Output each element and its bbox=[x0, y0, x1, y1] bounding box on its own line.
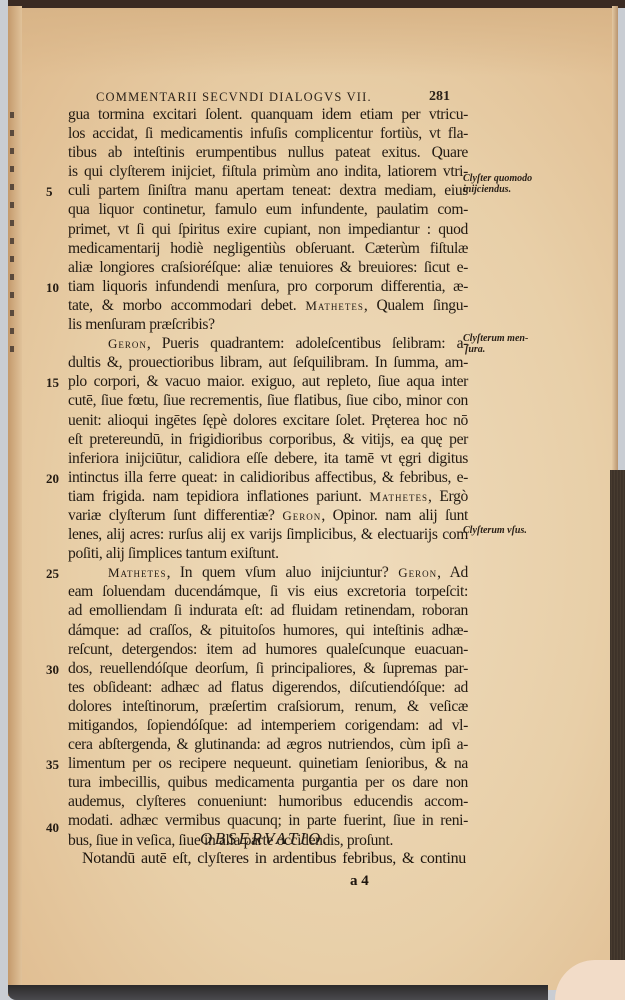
text-line: cera abſtergenda, & glutinanda: ad ægros… bbox=[68, 735, 468, 754]
text-line: 25Mathetes, In quem vſum aluo inijciuntu… bbox=[68, 563, 468, 582]
page-fore-edge bbox=[612, 6, 618, 476]
line-text: variæ clyſterum ſunt differentiæ? Geron,… bbox=[68, 506, 468, 525]
binding-stitch bbox=[10, 166, 14, 172]
line-text: poſiti, alij ſimplices tantum exiſtunt. bbox=[68, 544, 468, 563]
body-text: gua tormina excitari ſolent. quanquam id… bbox=[68, 105, 468, 850]
binding-stitch bbox=[10, 220, 14, 226]
text-line: lenes, alij acres: rurſus alij ex varijs… bbox=[68, 525, 468, 544]
text-line: inferiora inijciūtur, calidiora eſſe deb… bbox=[68, 449, 468, 468]
text-line: variæ clyſterum ſunt differentiæ? Geron,… bbox=[68, 506, 468, 525]
text-line: dolores inteſtinorum, præſertim craſsior… bbox=[68, 697, 468, 716]
text-line: 35limentum per os recipere nequeunt. qui… bbox=[68, 754, 468, 773]
line-text: cutē, ſiue fœtu, ſiue recrementis, ſiue … bbox=[68, 391, 468, 410]
text-line: dultis &, prouectioribus libram, aut ſeſ… bbox=[68, 353, 468, 372]
page-stack-edge bbox=[610, 470, 625, 970]
line-text: mitigandos, ſopiendóſque: ad intemperiem… bbox=[68, 716, 468, 735]
text-line: 10tiam liquoris infundendi menſura, pro … bbox=[68, 277, 468, 296]
text-line: lis menſuram præſcribis? bbox=[68, 315, 468, 334]
text-line: qua liquor continetur, famulo eum infund… bbox=[68, 200, 468, 219]
text-line: aliæ longiores craſsioréſque: aliæ tenui… bbox=[68, 258, 468, 277]
text-line: 5culi partem ſiniſtra manu apertam tenea… bbox=[68, 181, 468, 200]
line-number: 5 bbox=[46, 182, 53, 201]
line-number: 30 bbox=[46, 660, 59, 679]
line-text: is qui clyſterem inijciet, fiſtula primù… bbox=[68, 162, 468, 181]
line-text: eam ſoluendam ducendámque, ſi vis eius e… bbox=[68, 582, 468, 601]
binding-stitch bbox=[10, 112, 14, 118]
binding-stitch bbox=[10, 130, 14, 136]
text-line: eam ſoluendam ducendámque, ſi vis eius e… bbox=[68, 582, 468, 601]
page-stain bbox=[8, 6, 612, 76]
binding-stitch bbox=[10, 310, 14, 316]
line-text: gua tormina excitari ſolent. quanquam id… bbox=[68, 105, 468, 124]
line-text: Geron, Pueris quadrantem: adoleſcentibus… bbox=[68, 334, 468, 353]
text-line: tibus ab inteſtinis erumpentibus nullus … bbox=[68, 143, 468, 162]
text-line: eſt pretereundū, in frigidioribus corpor… bbox=[68, 430, 468, 449]
text-line: gua tormina excitari ſolent. quanquam id… bbox=[68, 105, 468, 124]
text-line: is qui clyſterem inijciet, fiſtula primù… bbox=[68, 162, 468, 181]
margin-note: Clyſter quomodo inijciendus. bbox=[463, 173, 532, 195]
line-text: dolores inteſtinorum, præſertim craſsior… bbox=[68, 697, 468, 716]
text-line: poſiti, alij ſimplices tantum exiſtunt. bbox=[68, 544, 468, 563]
text-line: dámque: ad craſſos, & pituitoſos humores… bbox=[68, 621, 468, 640]
line-text: lis menſuram præſcribis? bbox=[68, 315, 468, 334]
line-text: modati. adhæc vermibus quacunq; in parte… bbox=[68, 811, 468, 830]
line-text: cera abſtergenda, & glutinanda: ad ægros… bbox=[68, 735, 468, 754]
line-text: tibus ab inteſtinis erumpentibus nullus … bbox=[68, 143, 468, 162]
margin-note-line: inijciendus. bbox=[463, 184, 532, 195]
running-title: COMMENTARII SECVNDI DIALOGVS VII. bbox=[96, 90, 372, 105]
text-line: reſcunt, detergendos: item ad humores qu… bbox=[68, 640, 468, 659]
signature-mark: a 4 bbox=[350, 873, 369, 890]
line-number: 20 bbox=[46, 469, 59, 488]
margin-note: Clyſterum men- ſura. bbox=[463, 333, 528, 355]
line-text: dámque: ad craſſos, & pituitoſos humores… bbox=[68, 621, 468, 640]
text-line: los accidat, ſi medicamentis infuſis com… bbox=[68, 124, 468, 143]
binding-stitch bbox=[10, 328, 14, 334]
line-text: lenes, alij acres: rurſus alij ex varijs… bbox=[68, 525, 468, 544]
line-text: los accidat, ſi medicamentis infuſis com… bbox=[68, 124, 468, 143]
section-heading: OBSERVATIO. bbox=[200, 829, 330, 849]
line-number: 15 bbox=[46, 373, 59, 392]
line-text: dultis &, prouectioribus libram, aut ſeſ… bbox=[68, 353, 468, 372]
line-text: culi partem ſiniſtra manu apertam teneat… bbox=[68, 181, 468, 200]
binding-stitch bbox=[10, 184, 14, 190]
line-number: 25 bbox=[46, 564, 59, 583]
margin-note: Clyſterum vſus. bbox=[463, 525, 527, 536]
line-text: audemus, clyſteres conueniunt: humoribus… bbox=[68, 792, 468, 811]
section-first-line: Notandū autē eſt, clyſteres in ardentibu… bbox=[82, 850, 466, 868]
text-line: tura imbecillis, quibus medicamenta purg… bbox=[68, 773, 468, 792]
book-cover-edge bbox=[8, 985, 548, 1000]
line-text: tiam liquoris infundendi menſura, pro co… bbox=[68, 277, 468, 296]
text-line: medicamentarij hodiè negligentiùs obſeru… bbox=[68, 239, 468, 258]
text-line: tes obſideant: adhæc ad flatus digerendo… bbox=[68, 678, 468, 697]
text-line: audemus, clyſteres conueniunt: humoribus… bbox=[68, 792, 468, 811]
text-line: uenit: alioqui ingētes ſępè dolores exci… bbox=[68, 411, 468, 430]
text-line: primet, vt ſi qui ſpiritus exire cupiant… bbox=[68, 220, 468, 239]
line-text: uenit: alioqui ingētes ſępè dolores exci… bbox=[68, 411, 468, 430]
book-scan-view: COMMENTARII SECVNDI DIALOGVS VII. 281 gu… bbox=[0, 0, 625, 1000]
margin-note-line: ſura. bbox=[463, 344, 528, 355]
line-text: aliæ longiores craſsioréſque: aliæ tenui… bbox=[68, 258, 468, 277]
text-line: Geron, Pueris quadrantem: adoleſcentibus… bbox=[68, 334, 468, 353]
line-text: ad emolliendam ſi indurata eſt: ad fluid… bbox=[68, 601, 468, 620]
binding-stitch bbox=[10, 274, 14, 280]
line-text: Mathetes, In quem vſum aluo inijciuntur?… bbox=[68, 563, 468, 582]
binding-stitch bbox=[10, 256, 14, 262]
text-line: mitigandos, ſopiendóſque: ad intemperiem… bbox=[68, 716, 468, 735]
text-line: 30dos, reuellendóſque deorſum, ſi princi… bbox=[68, 659, 468, 678]
line-text: limentum per os recipere nequeunt. quine… bbox=[68, 754, 468, 773]
line-text: tiam frigida. nam tepidiora inflationes … bbox=[68, 487, 468, 506]
line-text: medicamentarij hodiè negligentiùs obſeru… bbox=[68, 239, 468, 258]
line-text: reſcunt, detergendos: item ad humores qu… bbox=[68, 640, 468, 659]
margin-note-line: Clyſterum vſus. bbox=[463, 525, 527, 536]
binding-stitch bbox=[10, 346, 14, 352]
line-number: 10 bbox=[46, 278, 59, 297]
scanner-top-edge bbox=[8, 0, 625, 8]
line-number: 35 bbox=[46, 755, 59, 774]
text-line: 15plo corpori, & vacuo maior. exiguo, au… bbox=[68, 372, 468, 391]
binding-stitch bbox=[10, 202, 14, 208]
line-text: inferiora inijciūtur, calidiora eſſe deb… bbox=[68, 449, 468, 468]
margin-note-line: Clyſterum men- bbox=[463, 333, 528, 344]
line-text: plo corpori, & vacuo maior. exiguo, aut … bbox=[68, 372, 468, 391]
line-text: dos, reuellendóſque deorſum, ſi principa… bbox=[68, 659, 468, 678]
text-line: modati. adhæc vermibus quacunq; in parte… bbox=[68, 811, 468, 830]
binding-stitch bbox=[10, 238, 14, 244]
line-text: qua liquor continetur, famulo eum infund… bbox=[68, 200, 468, 219]
binding-stitch bbox=[10, 292, 14, 298]
line-number: 40 bbox=[46, 820, 59, 836]
text-line: 20intinctus illa ferre queat: in calidio… bbox=[68, 468, 468, 487]
line-text: tate, & morbo accommodari debet. Mathete… bbox=[68, 296, 468, 315]
margin-note-line: Clyſter quomodo bbox=[463, 173, 532, 184]
line-text: primet, vt ſi qui ſpiritus exire cupiant… bbox=[68, 220, 468, 239]
line-text: intinctus illa ferre queat: in calidiori… bbox=[68, 468, 468, 487]
text-line: tiam frigida. nam tepidiora inflationes … bbox=[68, 487, 468, 506]
line-text: tes obſideant: adhæc ad flatus digerendo… bbox=[68, 678, 468, 697]
text-line: tate, & morbo accommodari debet. Mathete… bbox=[68, 296, 468, 315]
binding-stitch bbox=[10, 148, 14, 154]
text-line: cutē, ſiue fœtu, ſiue recrementis, ſiue … bbox=[68, 391, 468, 410]
text-line: ad emolliendam ſi indurata eſt: ad fluid… bbox=[68, 601, 468, 620]
page-number: 281 bbox=[429, 89, 450, 105]
binding-gutter bbox=[8, 6, 22, 996]
line-text: eſt pretereundū, in frigidioribus corpor… bbox=[68, 430, 468, 449]
line-text: tura imbecillis, quibus medicamenta purg… bbox=[68, 773, 468, 792]
